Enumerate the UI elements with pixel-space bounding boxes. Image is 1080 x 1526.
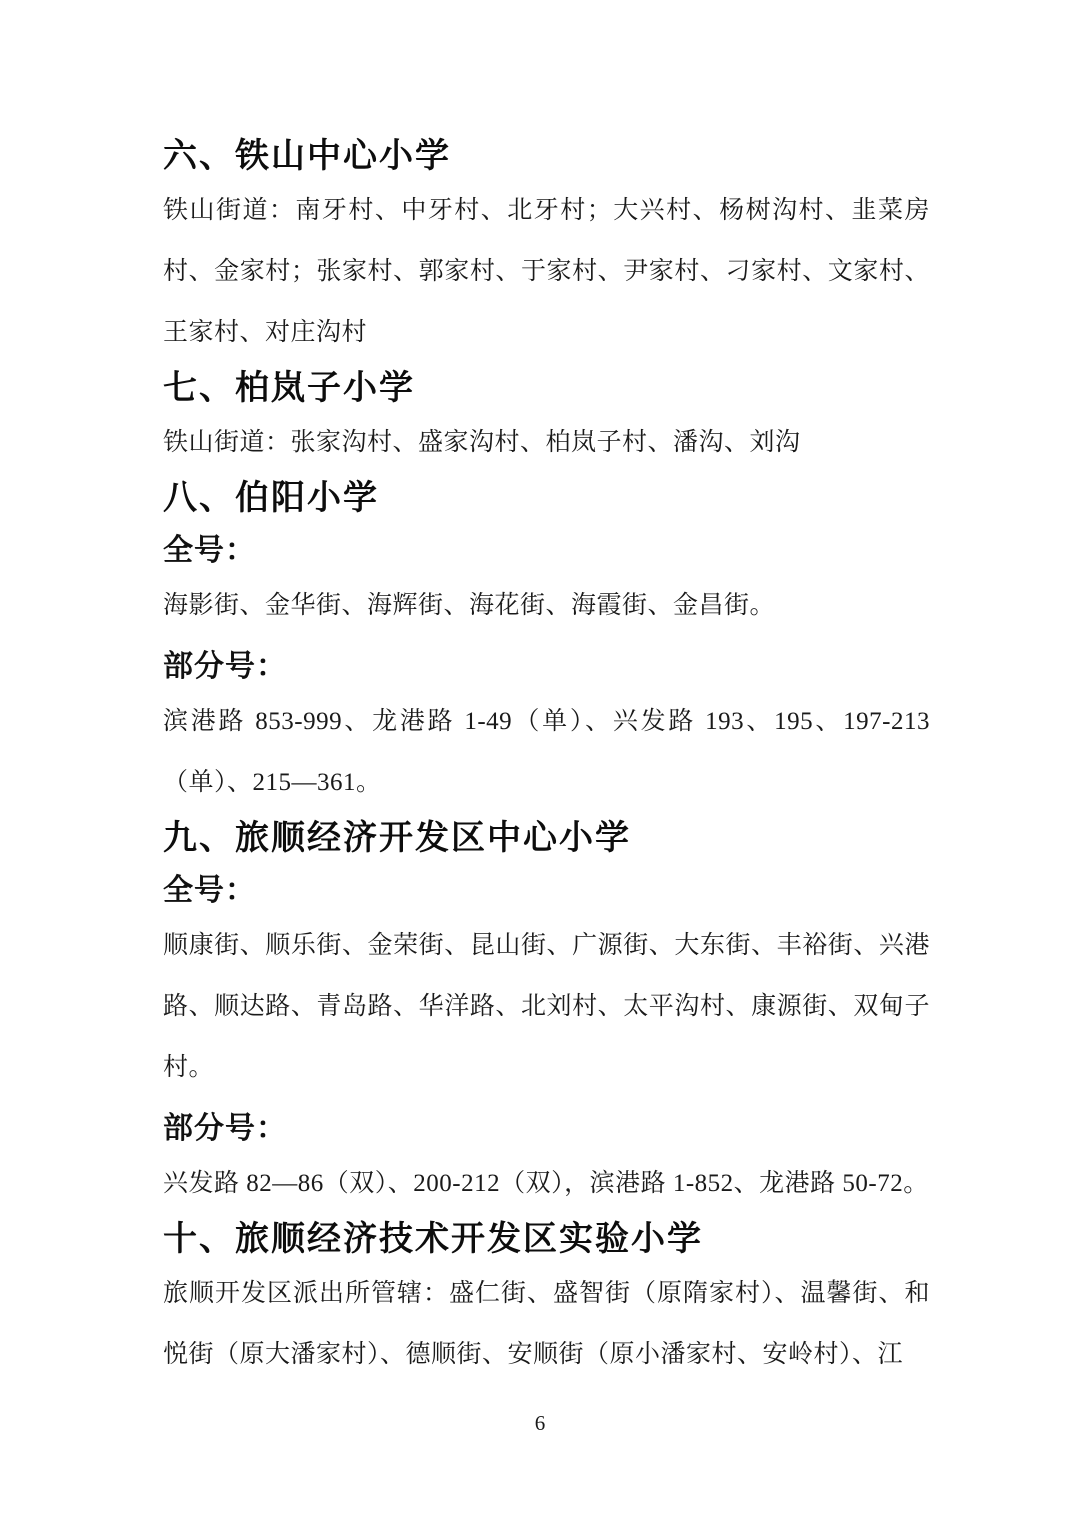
body-paragraph: 铁山街道：南牙村、中牙村、北牙村；大兴村、杨树沟村、韭菜房村、金家村；张家村、郭… xyxy=(163,180,930,363)
section-heading: 七、柏岚子小学 xyxy=(163,366,930,410)
sub-label: 全号： xyxy=(163,869,930,913)
sub-label: 部分号： xyxy=(163,645,930,689)
section-heading: 六、铁山中心小学 xyxy=(163,134,930,178)
body-paragraph: 滨港路 853-999、龙港路 1-49（单）、兴发路 193、195、197-… xyxy=(163,691,930,813)
page-footer: 6 xyxy=(0,1410,1080,1436)
sub-label: 全号： xyxy=(163,529,930,573)
body-paragraph: 铁山街道：张家沟村、盛家沟村、柏岚子村、潘沟、刘沟 xyxy=(163,412,930,473)
page-number: 6 xyxy=(535,1411,546,1435)
section-heading: 八、伯阳小学 xyxy=(163,476,930,520)
body-paragraph: 顺康街、顺乐街、金荣街、昆山街、广源街、大东街、丰裕街、兴港路、顺达路、青岛路、… xyxy=(163,915,930,1098)
document-page: 六、铁山中心小学铁山街道：南牙村、中牙村、北牙村；大兴村、杨树沟村、韭菜房村、金… xyxy=(0,0,1080,1526)
section-heading: 十、旅顺经济技术开发区实验小学 xyxy=(163,1217,930,1261)
body-paragraph: 兴发路 82—86（双）、200-212（双），滨港路 1-852、龙港路 50… xyxy=(163,1153,930,1214)
sub-label: 部分号： xyxy=(163,1107,930,1151)
body-paragraph: 旅顺开发区派出所管辖：盛仁街、盛智街（原隋家村）、温馨街、和悦街（原大潘家村）、… xyxy=(163,1263,930,1385)
body-paragraph: 海影街、金华街、海辉街、海花街、海霞街、金昌街。 xyxy=(163,575,930,636)
section-heading: 九、旅顺经济开发区中心小学 xyxy=(163,816,930,860)
document-content: 六、铁山中心小学铁山街道：南牙村、中牙村、北牙村；大兴村、杨树沟村、韭菜房村、金… xyxy=(163,134,930,1385)
